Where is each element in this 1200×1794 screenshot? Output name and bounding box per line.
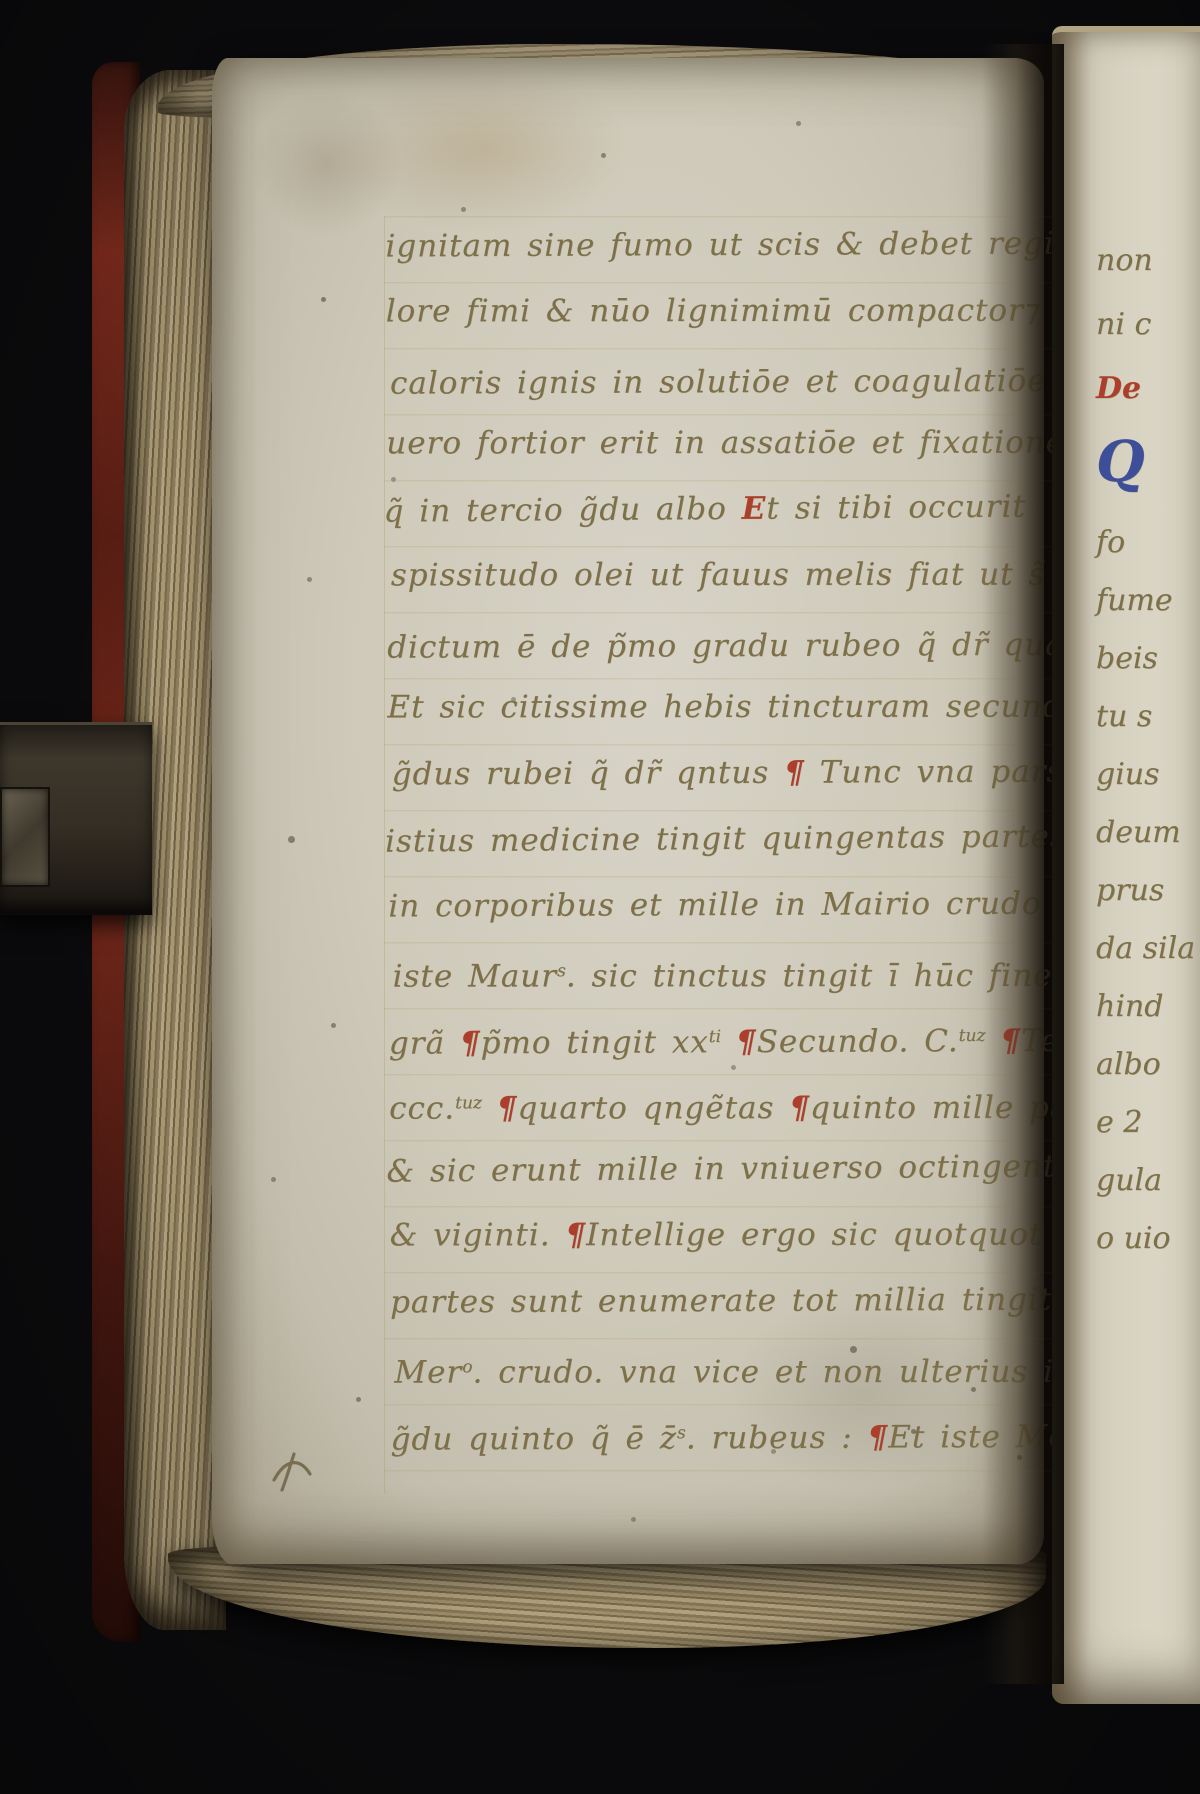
text-segment: quarto qngẽtas xyxy=(517,1090,789,1126)
text-segment: t si tibi occurit xyxy=(766,489,1026,527)
text-segment: tuz xyxy=(959,1026,986,1046)
text-segment xyxy=(482,1090,497,1126)
manuscript-left-page: ignitam sine fumo ut scis & debet regi c… xyxy=(212,58,1044,1564)
text-segment: s xyxy=(677,1423,686,1443)
text-segment: & viginti. xyxy=(390,1217,566,1253)
rubric-mark: ¶ xyxy=(784,755,805,791)
text-segment: Secundo. C. xyxy=(757,1023,959,1060)
text-segment: lore fimi & nūo lignimimū compactor⁊ xyxy=(386,293,1041,330)
manuscript-line: in corporibus et mille in Mairio crudo e… xyxy=(388,871,1060,940)
manuscript-line: spissitudo olei ut fauus melis fiat ut s… xyxy=(391,542,1059,609)
text-segment: uero fortior erit in assatiōe et fixatio… xyxy=(386,425,1076,462)
text-segment: g̃dus rubei q̃ dr̃ qntus xyxy=(392,755,785,793)
manuscript-photo: ignitam sine fumo ut scis & debet regi c… xyxy=(0,0,1200,1794)
pen-mark xyxy=(270,1450,322,1494)
text-segment xyxy=(985,1023,1000,1059)
text-segment: . crudo. vna vice et non ulterius in ist… xyxy=(472,1354,1150,1391)
manuscript-line: g̃dus rubei q̃ dr̃ qntus ¶ Tunc vna pars xyxy=(392,739,1060,808)
manuscript-line: lore fimi & nūo lignimimū compactor⁊ xyxy=(386,278,1058,345)
manuscript-line: grã ¶p̃mo tingit xxti ¶Secundo. C.tuz ¶T… xyxy=(389,1003,1061,1072)
manuscript-line: & sic erunt mille in vniuerso octingente… xyxy=(386,1133,1061,1204)
clasp-strap xyxy=(0,722,152,915)
manuscript-line: q̃ in tercio g̃du albo Et si tibi occuri… xyxy=(383,473,1058,544)
rubric-mark: ¶ xyxy=(460,1025,481,1061)
text-segment: dictum ē de p̃mo gradu rubeo q̃ dr̃ quat xyxy=(387,627,1078,666)
text-block: ignitam sine fumo ut scis & debet regi c… xyxy=(385,211,1062,1468)
ink-speckles xyxy=(212,58,215,61)
rubric-mark: ¶ xyxy=(789,1090,810,1126)
manuscript-line: ignitam sine fumo ut scis & debet regi c… xyxy=(385,211,1057,280)
manuscript-line: & viginti. ¶Intellige ergo sic quotquot … xyxy=(390,1202,1062,1269)
text-segment: p̃mo tingit xx xyxy=(481,1024,709,1061)
text-segment: o xyxy=(462,1357,472,1377)
text-segment: . rubeus : xyxy=(686,1420,868,1457)
text-segment: Tunc vna pars xyxy=(805,754,1064,791)
fragment-line: tu s xyxy=(1096,700,1152,734)
fragment-line: ni c xyxy=(1096,308,1151,342)
text-segment: Mer xyxy=(394,1355,462,1391)
text-segment: s xyxy=(557,961,566,981)
text-segment: iste Maur xyxy=(393,958,558,994)
text-segment: ccc. xyxy=(389,1091,455,1127)
text-segment: spissitudo olei ut fauus melis fiat ut s… xyxy=(391,557,1046,594)
text-segment: grã xyxy=(389,1025,460,1061)
fragment-line: e 2 xyxy=(1096,1106,1142,1140)
text-segment: ignitam sine fumo ut scis & debet regi c… xyxy=(385,225,1119,264)
fragment-line: gius xyxy=(1096,758,1160,792)
fragment-line: da sila xyxy=(1096,932,1195,966)
text-segment: in corporibus et mille in Mairio crudo e… xyxy=(388,885,1089,924)
text-segment: . sic tinctus tingit ī hūc fine ůbi- xyxy=(566,958,1132,995)
manuscript-line: g̃du quinto q̃ ē z̄s. rubeus : ¶Et iste … xyxy=(390,1399,1062,1468)
text-segment: q̃ in tercio g̃du albo xyxy=(383,491,741,530)
manuscript-line: caloris ignis in solutiōe et coagulatiōe… xyxy=(390,343,1058,412)
illuminated-initial: Q xyxy=(1096,434,1145,490)
fragment-line: gula xyxy=(1096,1164,1162,1198)
manuscript-line: ccc.tuz ¶quarto qngẽtas ¶quinto mille pa… xyxy=(389,1070,1061,1137)
parchment-stain xyxy=(332,64,632,234)
fragment-line: hind xyxy=(1096,990,1163,1024)
fragment-line: albo xyxy=(1096,1048,1161,1082)
right-page-sliver: nonni cDeQfofumebeistu sgiusdeumprusda s… xyxy=(1052,26,1200,1704)
manuscript-line: Mero. crudo. vna vice et non ulterius in… xyxy=(394,1334,1062,1401)
text-segment: ti xyxy=(709,1027,721,1047)
fragment-line: De xyxy=(1096,372,1141,406)
manuscript-line: uero fortior erit in assatiōe et fixatio… xyxy=(386,410,1058,477)
text-segment: Et sic citissime hebis tincturam secundi xyxy=(387,689,1074,726)
text-segment: & sic erunt mille in vniuerso octingente… xyxy=(386,1148,1087,1190)
rubric-mark: ¶ xyxy=(867,1420,888,1456)
text-segment: istius medicine tingit quingentas partes xyxy=(385,818,1067,859)
fragment-line: prus xyxy=(1096,874,1164,908)
rubric-mark: ¶ xyxy=(565,1217,586,1253)
text-segment xyxy=(721,1024,736,1060)
manuscript-line: dictum ē de p̃mo gradu rubeo q̃ dr̃ quat… xyxy=(387,607,1059,676)
text-segment: tuz xyxy=(455,1093,482,1113)
rubric-mark: ¶ xyxy=(497,1090,518,1126)
text-segment: Intellige ergo sic quotquot iā xyxy=(586,1217,1088,1254)
manuscript-line: istius medicine tingit quingentas partes xyxy=(385,803,1060,874)
manuscript-line: partes sunt enumerate tot millia tingit … xyxy=(390,1267,1062,1336)
parchment-stain xyxy=(252,88,402,238)
manuscript-line: Et sic citissime hebis tincturam secundi xyxy=(387,674,1059,741)
fragment-line: deum xyxy=(1096,816,1181,850)
fragment-line: non xyxy=(1096,244,1153,278)
rubric-mark: ¶ xyxy=(1000,1023,1021,1059)
fragment-line: beis xyxy=(1096,642,1158,676)
fragment-line: fo xyxy=(1096,526,1125,560)
fragment-line: o uio xyxy=(1096,1222,1171,1256)
text-segment: partes sunt enumerate tot millia tingit … xyxy=(390,1281,1099,1320)
fragment-line: fume xyxy=(1096,584,1173,618)
rubric-mark: E xyxy=(742,491,767,527)
text-segment: g̃du quinto q̃ ē z̄ xyxy=(391,1420,678,1457)
clasp-buckle xyxy=(0,787,50,887)
rubric-mark: ¶ xyxy=(736,1024,757,1060)
manuscript-line: iste Maurs. sic tinctus tingit ī hūc fin… xyxy=(393,938,1061,1005)
text-segment: caloris ignis in solutiōe et coagulatiōe… xyxy=(390,363,1093,402)
